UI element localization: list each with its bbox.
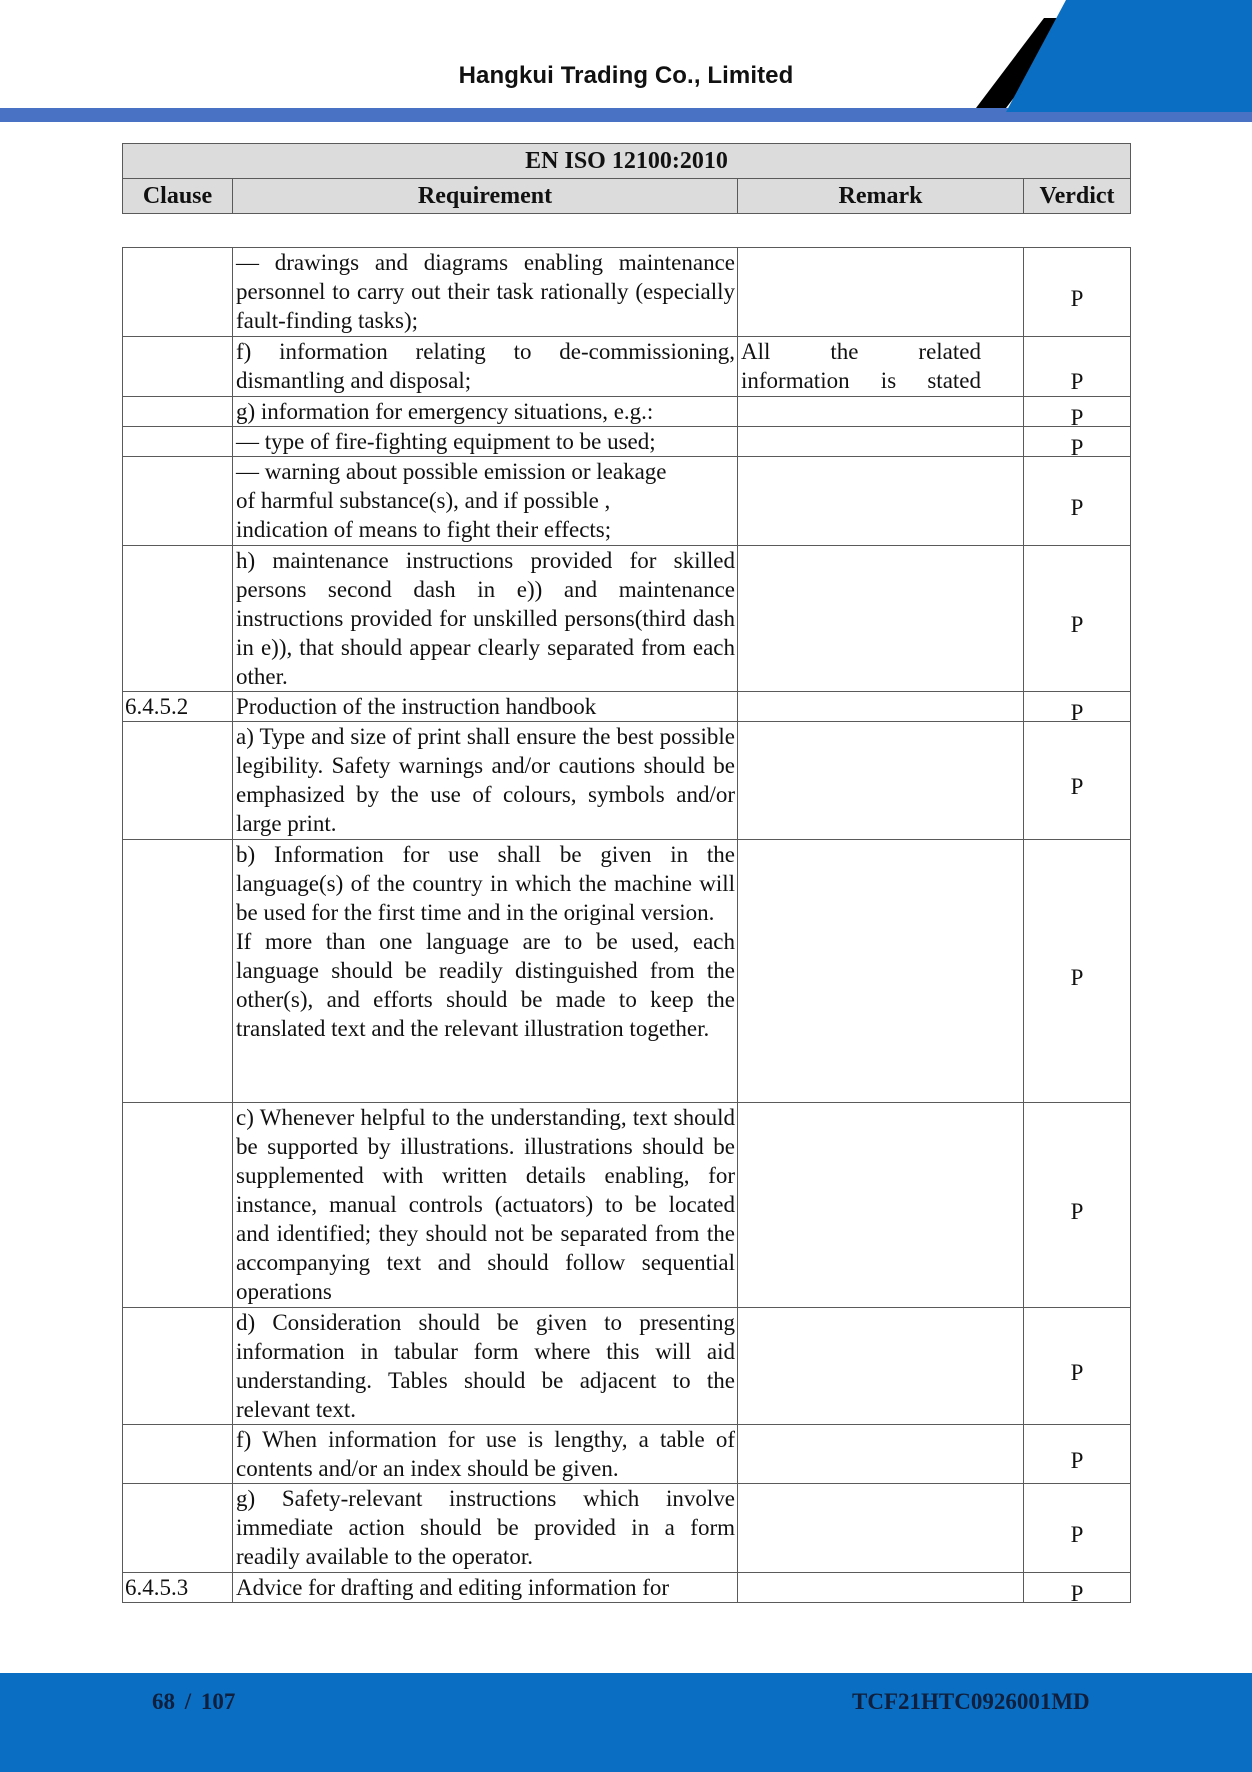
verdict-cell: P [1024,397,1131,427]
table-row: f) information relating to de-commission… [123,337,1131,397]
clause-cell [123,1308,233,1425]
requirement-text: — drawings and diagrams enabling mainten… [236,248,735,335]
clause-cell [123,546,233,692]
requirement-text: a) Type and size of print shall ensure t… [236,722,735,838]
remark-cell [738,1573,1024,1603]
table-row: c) Whenever helpful to the understanding… [123,1103,1131,1308]
header-logo-shape [0,0,1252,122]
requirement-text: f) information relating to de-commission… [236,337,735,395]
company-name: Hangkui Trading Co., Limited [0,62,1252,90]
col-remark-header: Remark [738,179,1024,214]
requirement-cell: — warning about possible emission or lea… [233,457,738,546]
clause-cell [123,397,233,427]
table-row: — type of fire-fighting equipment to be … [123,427,1131,457]
verdict-value: P [1071,433,1084,462]
requirement-cell: a) Type and size of print shall ensure t… [233,722,738,840]
requirements-rows: — drawings and diagrams enabling mainten… [123,248,1131,1603]
verdict-cell: P [1024,1573,1131,1603]
requirement-text: g) Safety-relevant instructions which in… [236,1484,735,1571]
verdict-value: P [1071,1579,1084,1608]
table-row: g) Safety-relevant instructions which in… [123,1484,1131,1573]
remark-cell [738,427,1024,457]
requirement-text: Production of the instruction handbook [236,692,735,721]
verdict-cell: P [1024,337,1131,397]
remark-cell [738,1308,1024,1425]
clause-cell [123,457,233,546]
verdict-cell: P [1024,1425,1131,1484]
verdict-value: P [1071,772,1084,801]
requirement-text: of harmful substance(s), and if possible… [236,486,735,515]
requirement-text: b) Information for use shall be given in… [236,840,735,927]
col-requirement-header: Requirement [233,179,738,214]
remark-cell [738,546,1024,692]
requirement-cell: g) Safety-relevant instructions which in… [233,1484,738,1573]
requirement-cell: g) information for emergency situations,… [233,397,738,427]
remark-cell [738,457,1024,546]
table-row: 6.4.5.2Production of the instruction han… [123,692,1131,722]
remark-cell [738,248,1024,337]
verdict-cell: P [1024,546,1131,692]
table-row: a) Type and size of print shall ensure t… [123,722,1131,840]
clause-cell [123,722,233,840]
clause-cell [123,427,233,457]
remark-text: All the related [741,337,981,366]
verdict-cell: P [1024,722,1131,840]
verdict-value: P [1071,403,1084,432]
remark-cell: All the relatedinformation is stated [738,337,1024,397]
clause-cell [123,1103,233,1308]
verdict-cell: P [1024,248,1131,337]
requirement-text: g) information for emergency situations,… [236,397,735,426]
clause-cell [123,337,233,397]
verdict-cell: P [1024,692,1131,722]
table-row: 6.4.5.3Advice for drafting and editing i… [123,1573,1131,1603]
requirement-cell: c) Whenever helpful to the understanding… [233,1103,738,1308]
verdict-cell: P [1024,1484,1131,1573]
verdict-value: P [1071,493,1084,522]
verdict-value: P [1071,284,1084,313]
requirement-text: — warning about possible emission or lea… [236,457,735,486]
requirement-cell: — drawings and diagrams enabling mainten… [233,248,738,337]
requirement-cell: f) When information for use is lengthy, … [233,1425,738,1484]
remark-cell [738,397,1024,427]
requirement-cell: h) maintenance instructions provided for… [233,546,738,692]
requirement-cell: f) information relating to de-commission… [233,337,738,397]
remark-text: information is stated [741,366,981,395]
page-number: 68 / 107 [152,1689,235,1715]
verdict-cell: P [1024,1308,1131,1425]
remark-cell [738,722,1024,840]
col-verdict-header: Verdict [1024,179,1131,214]
col-clause-header: Clause [123,179,233,214]
clause-cell: 6.4.5.3 [123,1573,233,1603]
verdict-value: P [1071,1197,1084,1226]
verdict-cell: P [1024,840,1131,1103]
requirement-cell: d) Consideration should be given to pres… [233,1308,738,1425]
requirement-text: f) When information for use is lengthy, … [236,1425,735,1483]
clause-cell [123,840,233,1103]
table-row: — warning about possible emission or lea… [123,457,1131,546]
remark-cell [738,1484,1024,1573]
clause-cell: 6.4.5.2 [123,692,233,722]
table-row: b) Information for use shall be given in… [123,840,1131,1103]
requirements-table: — drawings and diagrams enabling mainten… [122,247,1131,1603]
clause-cell [123,1425,233,1484]
verdict-value: P [1071,1446,1084,1475]
requirement-text: Advice for drafting and editing informat… [236,1573,735,1602]
requirement-text: d) Consideration should be given to pres… [236,1308,735,1424]
table-row: h) maintenance instructions provided for… [123,546,1131,692]
remark-cell [738,840,1024,1103]
requirement-cell: — type of fire-fighting equipment to be … [233,427,738,457]
blue-parallelogram-shape [1006,0,1252,112]
table-row: d) Consideration should be given to pres… [123,1308,1131,1425]
verdict-value: P [1071,963,1084,992]
verdict-cell: P [1024,1103,1131,1308]
clause-cell [123,248,233,337]
standard-header-table: EN ISO 12100:2010 Clause Requirement Rem… [122,143,1131,214]
remark-cell [738,1103,1024,1308]
verdict-cell: P [1024,457,1131,546]
verdict-value: P [1071,698,1084,727]
table-row: — drawings and diagrams enabling mainten… [123,248,1131,337]
requirement-cell: Production of the instruction handbook [233,692,738,722]
requirement-cell: b) Information for use shall be given in… [233,840,738,1103]
requirement-text: — type of fire-fighting equipment to be … [236,427,735,456]
clause-cell [123,1484,233,1573]
verdict-value: P [1071,610,1084,639]
report-number: TCF21HTC0926001MD [852,1689,1090,1715]
remark-cell [738,692,1024,722]
table-row: f) When information for use is lengthy, … [123,1425,1131,1484]
requirement-text: indication of means to fight their effec… [236,515,735,544]
requirement-text: If more than one language are to be used… [236,927,735,1043]
requirement-cell: Advice for drafting and editing informat… [233,1573,738,1603]
verdict-value: P [1071,1520,1084,1549]
verdict-value: P [1071,367,1084,396]
standard-title: EN ISO 12100:2010 [123,144,1131,179]
requirement-text: h) maintenance instructions provided for… [236,546,735,691]
verdict-value: P [1071,1358,1084,1387]
remark-cell [738,1425,1024,1484]
table-row: g) information for emergency situations,… [123,397,1131,427]
requirement-text: c) Whenever helpful to the understanding… [236,1103,735,1306]
footer-band: 68 / 107 TCF21HTC0926001MD [0,1673,1252,1772]
